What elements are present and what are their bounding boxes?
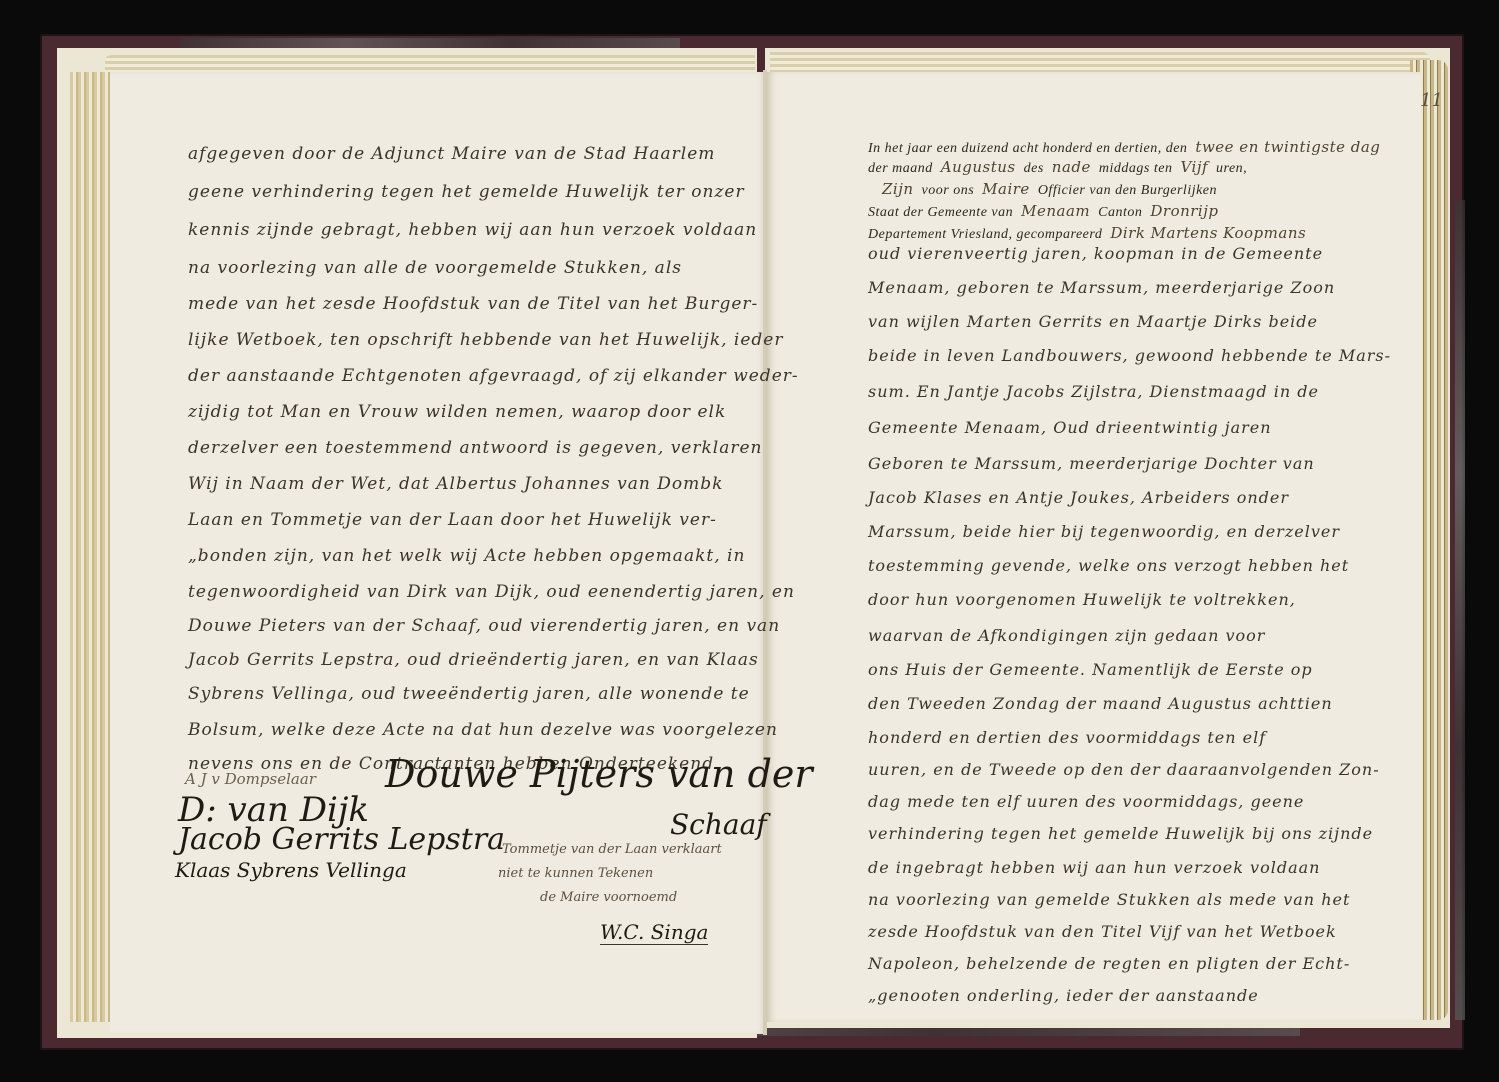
text-line: beide in leven Landbouwers, gewoond hebb…: [868, 346, 1391, 365]
printed-form-line: Departement Vriesland, gecompareerdDirk …: [868, 224, 1314, 243]
printed-text: Departement Vriesland, gecompareerd: [868, 227, 1102, 242]
text-line: derzelver een toestemmend antwoord is ge…: [188, 438, 763, 458]
text-line: honderd en dertien des voormiddags ten e…: [868, 728, 1266, 747]
printed-text: middags ten: [1099, 161, 1173, 176]
text-line: de ingebragt hebben wij aan hun verzoek …: [868, 858, 1320, 877]
printed-form-line: Staat der Gemeente vanMenaamCantonDronri…: [868, 202, 1226, 221]
text-line: oud vierenveertig jaren, koopman in de G…: [868, 244, 1323, 263]
text-line: Geboren te Marssum, meerderjarige Dochte…: [868, 454, 1315, 473]
text-line: Jacob Gerrits Lepstra, oud drieëndertig …: [188, 650, 759, 670]
signature-jacob-lepstra: Jacob Gerrits Lepstra: [178, 822, 505, 857]
text-line: der aanstaande Echtgenoten afgevraagd, o…: [188, 366, 799, 386]
note-line: niet te kunnen Tekenen: [498, 866, 653, 881]
text-line: dag mede ten elf uuren des voormiddags, …: [868, 792, 1304, 811]
text-line: Marssum, beide hier bij tegenwoordig, en…: [868, 522, 1340, 541]
left-stack-side-edges: [70, 72, 110, 1022]
text-line: toestemming gevende, welke ons verzogt h…: [868, 556, 1349, 575]
text-line: ons Huis der Gemeente. Namentlijk de Eer…: [868, 660, 1313, 679]
signature-douwe-pijters: Douwe Pijters van der: [385, 752, 813, 796]
handwritten-fill: Menaam: [1021, 202, 1090, 220]
handwritten-fill: twee en twintigste dag: [1195, 138, 1380, 156]
text-line: Bolsum, welke deze Acte na dat hun dezel…: [188, 720, 778, 740]
text-line: zijdig tot Man en Vrouw wilden nemen, wa…: [188, 402, 726, 422]
text-line: Douwe Pieters van der Schaaf, oud vieren…: [188, 616, 780, 636]
text-line: sum. En Jantje Jacobs Zijlstra, Dienstma…: [868, 382, 1319, 401]
printed-text: Staat der Gemeente van: [868, 205, 1013, 220]
text-line: waarvan de Afkondigingen zijn gedaan voo…: [868, 626, 1265, 645]
text-line: kennis zijnde gebragt, hebben wij aan hu…: [188, 220, 757, 240]
printed-text: der maand: [868, 161, 933, 176]
text-line: „bonden zijn, van het welk wij Acte hebb…: [188, 546, 745, 566]
printed-form-line: In het jaar een duizend acht honderd en …: [868, 138, 1388, 157]
text-line: den Tweeden Zondag der maand Augustus ac…: [868, 694, 1333, 713]
printed-text: voor ons: [922, 183, 975, 198]
text-line: Napoleon, behelzende de regten en pligte…: [868, 954, 1350, 973]
text-line: Wij in Naam der Wet, dat Albertus Johann…: [188, 474, 723, 494]
signature-schaaf: Schaaf: [670, 808, 767, 841]
text-line: lijke Wetboek, ten opschrift hebbende va…: [188, 330, 784, 350]
handwritten-fill: Augustus: [941, 158, 1016, 176]
text-line: Gemeente Menaam, Oud drieentwintig jaren: [868, 418, 1272, 437]
text-line: door hun voorgenomen Huwelijk te voltrek…: [868, 590, 1296, 609]
text-line: tegenwoordigheid van Dirk van Dijk, oud …: [188, 582, 795, 602]
text-line: „genooten onderling, ieder der aanstaand…: [868, 986, 1259, 1005]
handwritten-fill: Dronrijp: [1150, 202, 1218, 220]
printed-text: uren,: [1216, 161, 1247, 176]
text-line: mede van het zesde Hoofdstuk van de Tite…: [188, 294, 758, 314]
handwritten-fill: nade: [1052, 158, 1091, 176]
handwritten-fill: Maire: [982, 180, 1030, 198]
printed-form-line: Zijnvoor onsMaireOfficier van den Burger…: [874, 180, 1217, 199]
note-line: de Maire voornoemd: [540, 890, 677, 905]
handwritten-fill: Dirk Martens Koopmans: [1110, 224, 1306, 242]
text-line: geene verhindering tegen het gemelde Huw…: [188, 182, 745, 202]
cover-wear-right: [1455, 200, 1465, 1020]
text-line: verhindering tegen het gemelde Huwelijk …: [868, 824, 1373, 843]
text-line: afgegeven door de Adjunct Maire van de S…: [188, 144, 715, 164]
signature-klaas-vellinga: Klaas Sybrens Vellinga: [175, 858, 407, 882]
text-line: Sybrens Vellinga, oud tweeëndertig jaren…: [188, 684, 750, 704]
cover-wear-top: [180, 38, 680, 48]
text-line: Menaam, geboren te Marssum, meerderjarig…: [868, 278, 1335, 297]
printed-text: Officier van den Burgerlijken: [1038, 183, 1217, 198]
text-line: Laan en Tommetje van der Laan door het H…: [188, 510, 717, 530]
page-number: 11: [1420, 90, 1443, 111]
text-line: zesde Hoofdstuk van den Titel Vijf van h…: [868, 922, 1337, 941]
book-spine-gutter: [763, 70, 767, 1035]
signature-dompselaar: A J v Dompselaar: [185, 770, 316, 788]
text-line: na voorlezing van alle de voorgemelde St…: [188, 258, 682, 278]
handwritten-fill: Vijf: [1180, 158, 1208, 176]
text-line: Jacob Klases en Antje Joukes, Arbeiders …: [868, 488, 1289, 507]
right-stack-top-edges: [770, 52, 1430, 74]
text-line: uuren, en de Tweede op den der daaraanvo…: [868, 760, 1380, 779]
text-line: na voorlezing van gemelde Stukken als me…: [868, 890, 1350, 909]
note-line: Tommetje van der Laan verklaart: [502, 842, 722, 857]
printed-form-line: der maandAugustusdesnademiddags tenVijfu…: [868, 158, 1247, 177]
signature-maire-singa: W.C. Singa: [600, 920, 708, 945]
printed-text: Canton: [1098, 205, 1142, 220]
printed-text: des: [1024, 161, 1044, 176]
printed-text: In het jaar een duizend acht honderd en …: [868, 141, 1187, 156]
handwritten-fill: Zijn: [882, 180, 914, 198]
text-line: van wijlen Marten Gerrits en Maartje Dir…: [868, 312, 1318, 331]
